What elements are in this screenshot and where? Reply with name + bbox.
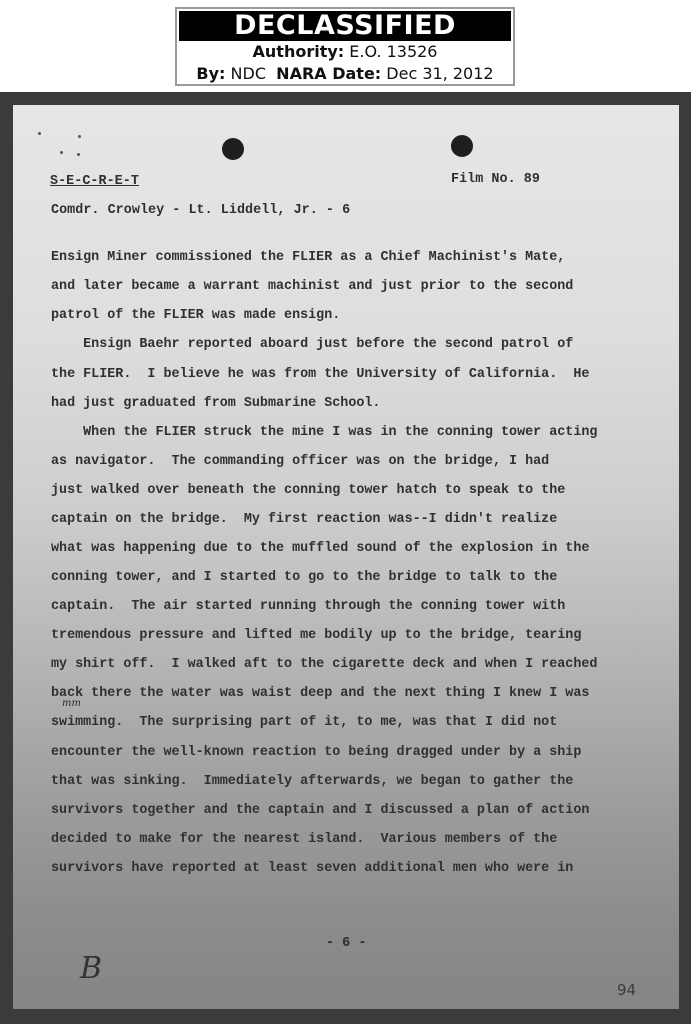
stamp-authority-label: Authority: — [253, 42, 345, 61]
document-text-line: as navigator. The commanding officer was… — [51, 454, 549, 469]
punch-hole — [451, 135, 473, 157]
document-text-line: patrol of the FLIER was made ensign. — [51, 308, 340, 323]
document-text-line: survivors together and the captain and I… — [51, 803, 589, 818]
document-text-line: tremendous pressure and lifted me bodily… — [51, 628, 581, 643]
paper-speck — [77, 153, 80, 156]
handwritten-correction: mm — [62, 698, 81, 709]
document-text-line: swimming. The surprising part of it, to … — [51, 715, 557, 730]
punch-hole — [222, 138, 244, 160]
stamp-title: DECLASSIFIED — [179, 11, 511, 41]
paper-speck — [78, 135, 81, 138]
archive-page-number: 94 — [617, 981, 636, 999]
document-text-line: captain. The air started running through… — [51, 599, 565, 614]
document-page: S-E-C-R-E-T Film No. 89 Comdr. Crowley -… — [13, 105, 679, 1009]
declassification-stamp: DECLASSIFIED Authority: E.O. 13526 By: N… — [175, 7, 515, 86]
document-text-line: had just graduated from Submarine School… — [51, 396, 380, 411]
document-text-line: survivors have reported at least seven a… — [51, 861, 573, 876]
document-text-line: what was happening due to the muffled so… — [51, 541, 589, 556]
document-text-line: decided to make for the nearest island. … — [51, 832, 557, 847]
stamp-nara-value: Dec 31, 2012 — [386, 64, 493, 83]
document-text-line: conning tower, and I started to go to th… — [51, 570, 557, 585]
stamp-by-label: By: — [196, 64, 225, 83]
stamp-authority-line: Authority: E.O. 13526 — [177, 41, 513, 63]
document-text-line: and later became a warrant machinist and… — [51, 279, 573, 294]
stamp-by-line: By: NDC NARA Date: Dec 31, 2012 — [177, 63, 513, 85]
stamp-by-value: NDC — [231, 64, 266, 83]
document-text-line: Ensign Miner commissioned the FLIER as a… — [51, 250, 565, 265]
document-text-line: When the FLIER struck the mine I was in … — [51, 425, 597, 440]
classification-marking: S-E-C-R-E-T — [50, 174, 139, 189]
document-text-line: just walked over beneath the conning tow… — [51, 483, 565, 498]
stamp-authority-value: E.O. 13526 — [349, 42, 437, 61]
handwritten-mark: B — [80, 951, 102, 986]
film-number: Film No. 89 — [451, 172, 540, 187]
document-text-line: captain on the bridge. My first reaction… — [51, 512, 557, 527]
document-text-line: back there the water was waist deep and … — [51, 686, 589, 701]
document-header-line: Comdr. Crowley - Lt. Liddell, Jr. - 6 — [51, 203, 350, 218]
paper-speck — [38, 132, 41, 135]
document-text-line: my shirt off. I walked aft to the cigare… — [51, 657, 597, 672]
scanned-page-frame: S-E-C-R-E-T Film No. 89 Comdr. Crowley -… — [0, 92, 691, 1024]
page-footer-number: - 6 - — [326, 936, 366, 951]
document-text-line: the FLIER. I believe he was from the Uni… — [51, 367, 589, 382]
declassification-stamp-area: DECLASSIFIED Authority: E.O. 13526 By: N… — [0, 0, 691, 92]
document-text-line: Ensign Baehr reported aboard just before… — [51, 337, 573, 352]
document-text-line: encounter the well-known reaction to bei… — [51, 745, 581, 760]
stamp-nara-label: NARA Date: — [276, 64, 381, 83]
document-text-line: that was sinking. Immediately afterwards… — [51, 774, 573, 789]
paper-speck — [60, 151, 63, 154]
